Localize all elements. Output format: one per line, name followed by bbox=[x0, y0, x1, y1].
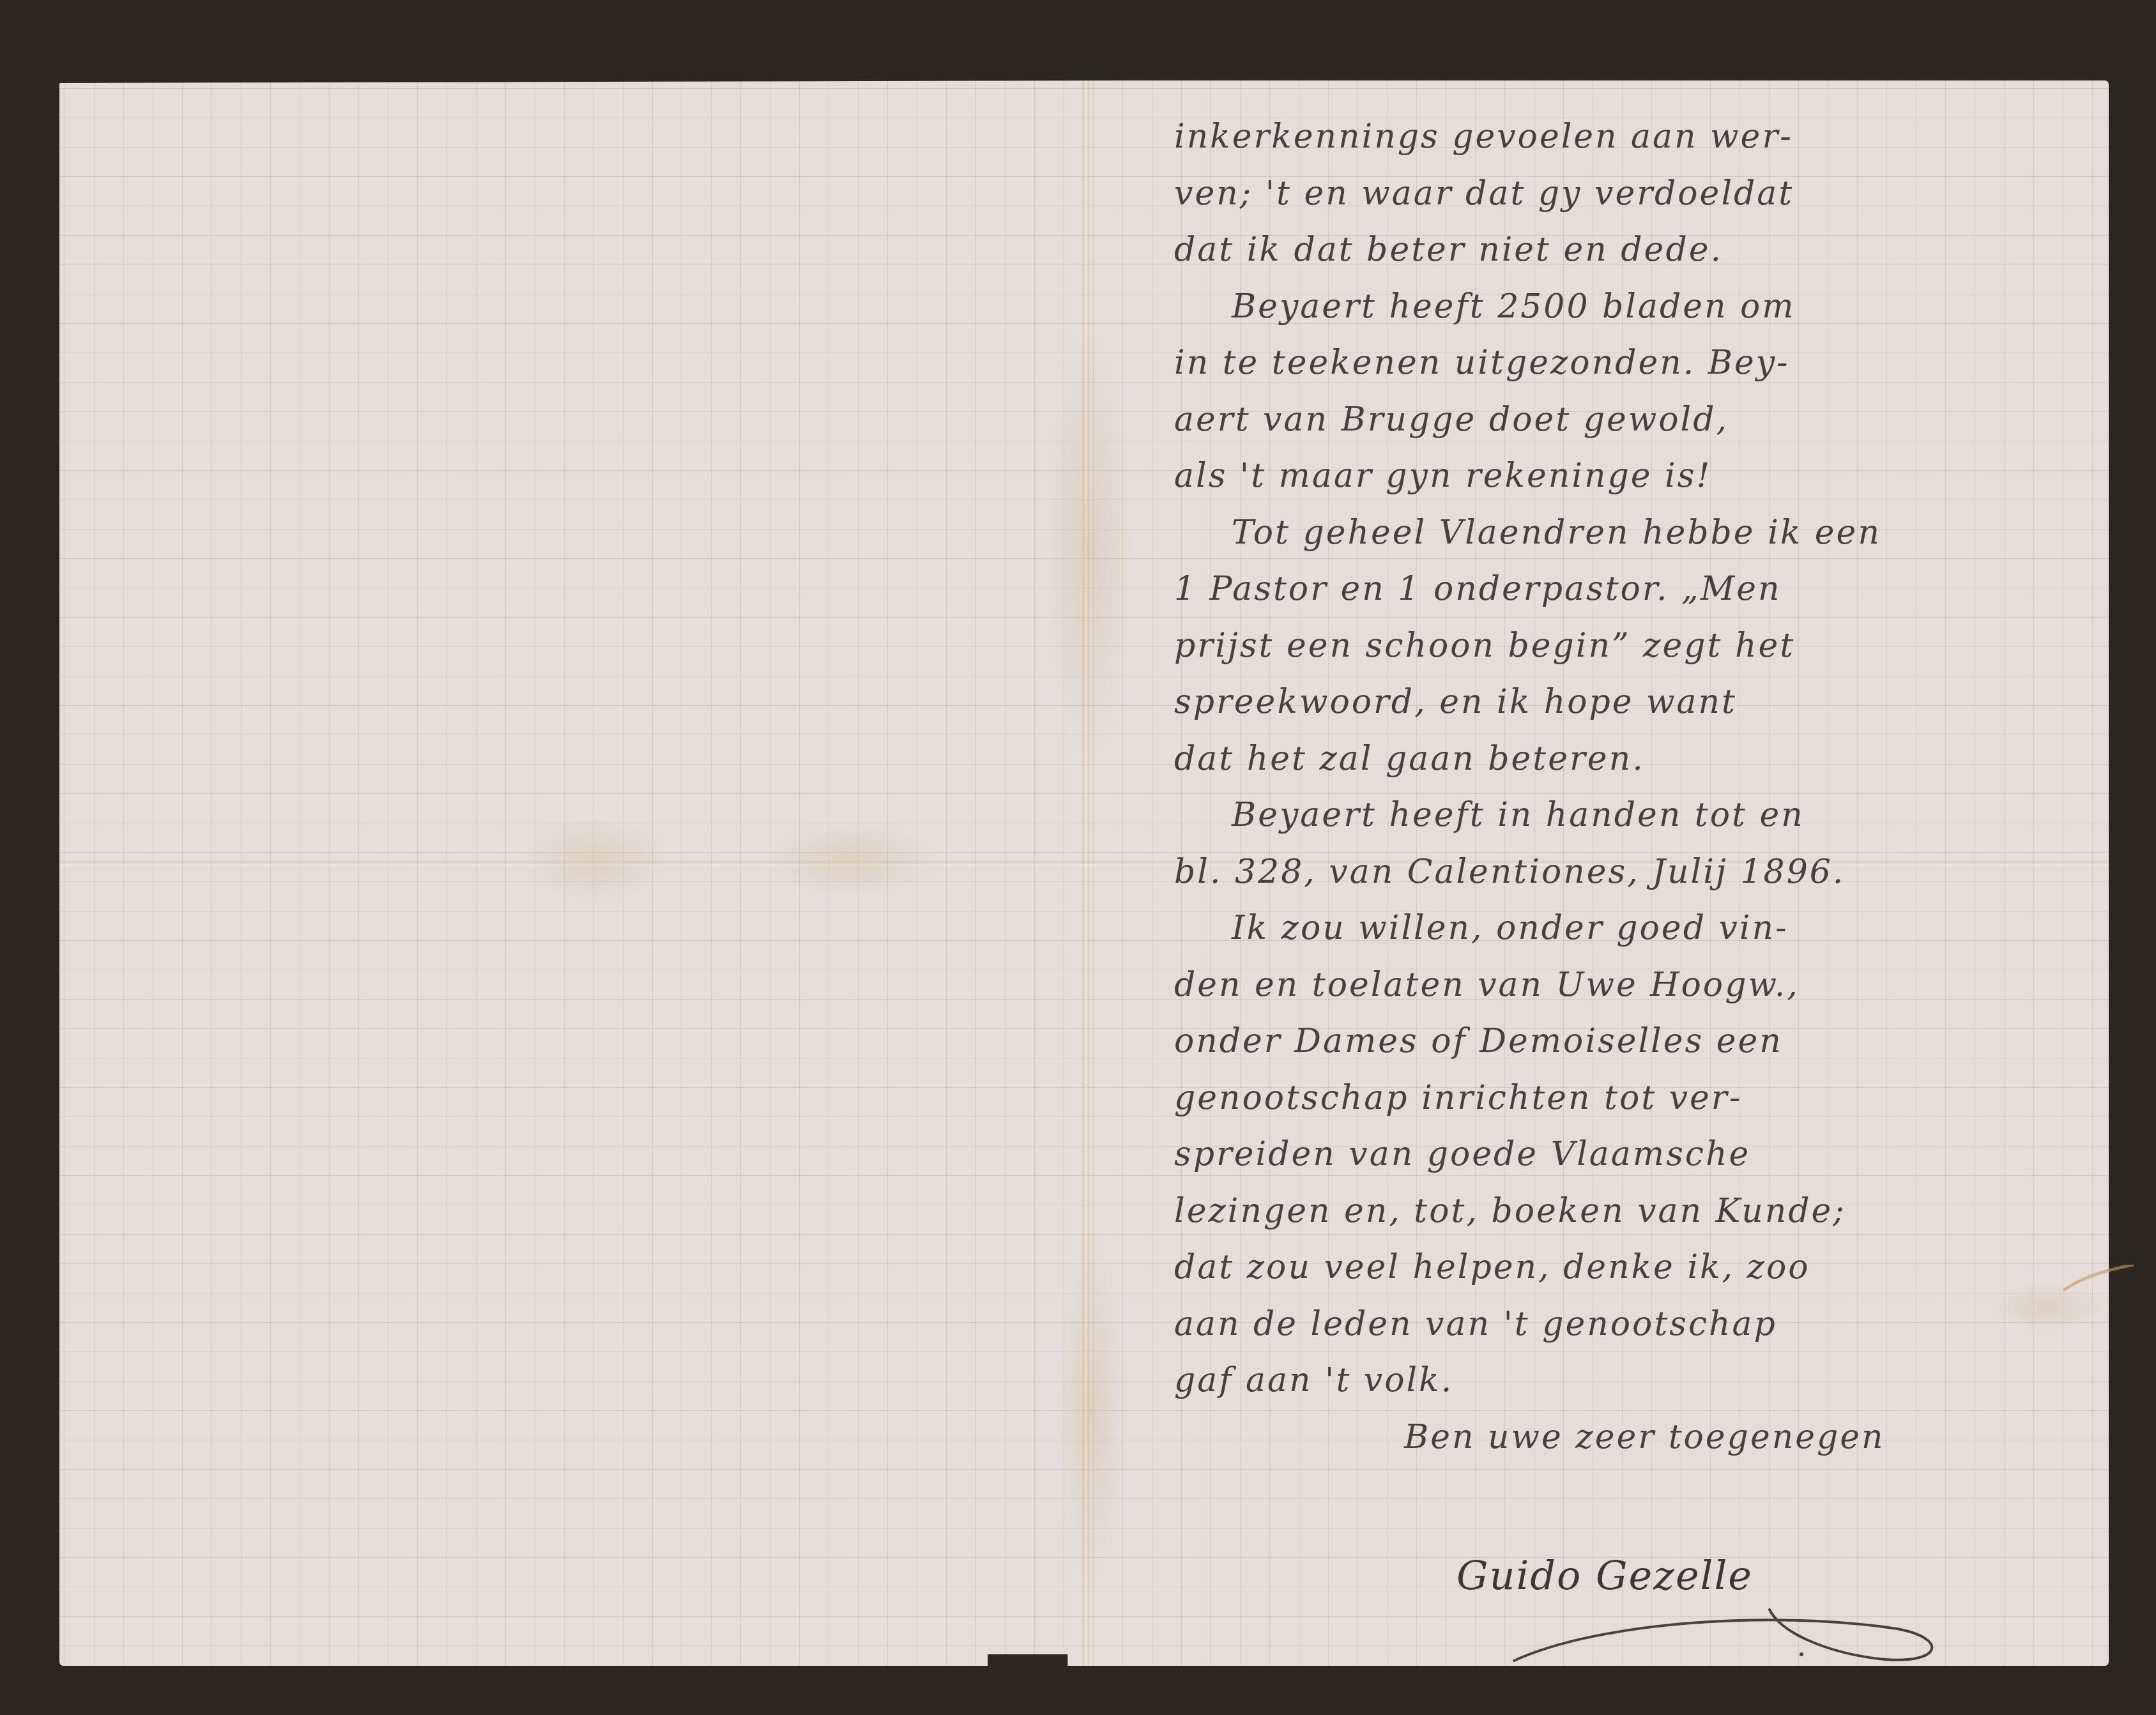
letter-line: Ik zou willen, onder goed vin- bbox=[1174, 900, 2062, 957]
letter-body-right-page: inkerkennings gevoelen aan wer- ven; 't … bbox=[1174, 109, 2062, 1465]
foxing-stain bbox=[519, 815, 673, 904]
letter-line: lezingen en, tot, boeken van Kunde; bbox=[1174, 1183, 2062, 1240]
letter-line: ven; 't en waar dat gy verdoeldat bbox=[1174, 165, 2062, 222]
letter-line: den en toelaten van Uwe Hoogw., bbox=[1174, 957, 2062, 1014]
letter-line: in te teekenen uitgezonden. Bey- bbox=[1174, 335, 2062, 392]
foxing-stain bbox=[1056, 1230, 1126, 1588]
letter-line: genootschap inrichten tot ver- bbox=[1174, 1070, 2062, 1127]
letter-line: gaf aan 't volk. bbox=[1174, 1352, 2062, 1409]
letter-line: aan de leden van 't genootschap bbox=[1174, 1296, 2062, 1353]
letter-line: als 't maar gyn rekeninge is! bbox=[1174, 448, 2062, 505]
letter-line: 1 Pastor en 1 onderpastor. „Men bbox=[1174, 561, 2062, 618]
letter-line: inkerkennings gevoelen aan wer- bbox=[1174, 109, 2062, 165]
letter-line: spreekwoord, en ik hope want bbox=[1174, 674, 2062, 731]
letter-line: prijst een schoon begin” zegt het bbox=[1174, 618, 2062, 675]
letter-line: bl. 328, van Calentiones, Julij 1896. bbox=[1174, 844, 2062, 901]
letter-closing: Ben uwe zeer toegenegen bbox=[1174, 1409, 2062, 1466]
letter-line: dat het zal gaan beteren. bbox=[1174, 731, 2062, 788]
foxing-stain bbox=[1043, 323, 1133, 770]
letter-line: spreiden van goede Vlaamsche bbox=[1174, 1126, 2062, 1183]
letter-line: Beyaert heeft 2500 bladen om bbox=[1174, 278, 2062, 335]
paper-tear-icon bbox=[2063, 1265, 2134, 1303]
foxing-stain bbox=[762, 821, 941, 898]
letter-line: aert van Brugge doet gewold, bbox=[1174, 392, 2062, 448]
letter-line: Tot geheel Vlaendren hebbe ik een bbox=[1174, 505, 2062, 561]
letter-line: dat zou veel helpen, denke ik, zoo bbox=[1174, 1239, 2062, 1296]
letter-line: onder Dames of Demoiselles een bbox=[1174, 1013, 2062, 1070]
signature-flourish-icon bbox=[1501, 1584, 1974, 1667]
letter-line: dat ik dat beter niet en dede. bbox=[1174, 222, 2062, 278]
letter-line: Beyaert heeft in handen tot en bbox=[1174, 787, 2062, 844]
